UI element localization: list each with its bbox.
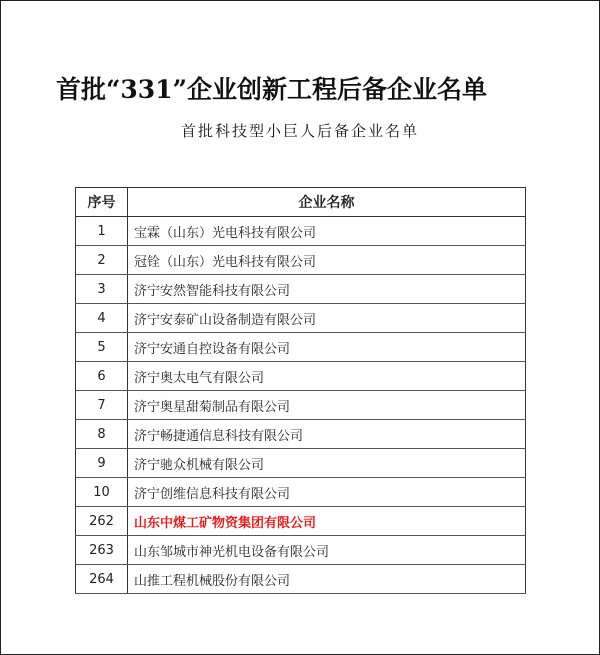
table-row: 1 宝霖（山东）光电科技有限公司: [76, 217, 526, 246]
row-number: 6: [76, 362, 128, 391]
page-title: 首批“331”企业创新工程后备企业名单: [0, 70, 600, 106]
row-enterprise-name: 山推工程机械股份有限公司: [128, 565, 526, 594]
row-number: 262: [76, 507, 128, 536]
row-enterprise-name: 山东邹城市神光机电设备有限公司: [128, 536, 526, 565]
table-row: 9 济宁驰众机械有限公司: [76, 449, 526, 478]
row-enterprise-name-highlighted: 山东中煤工矿物资集团有限公司: [128, 507, 526, 536]
row-number: 264: [76, 565, 128, 594]
table-row: 263 山东邹城市神光机电设备有限公司: [76, 536, 526, 565]
table-row: 10 济宁创维信息科技有限公司: [76, 478, 526, 507]
table-row: 6 济宁奥太电气有限公司: [76, 362, 526, 391]
row-enterprise-name: 济宁创维信息科技有限公司: [128, 478, 526, 507]
row-number: 7: [76, 391, 128, 420]
row-enterprise-name: 冠铨（山东）光电科技有限公司: [128, 246, 526, 275]
table-row: 8 济宁畅捷通信息科技有限公司: [76, 420, 526, 449]
row-enterprise-name: 济宁畅捷通信息科技有限公司: [128, 420, 526, 449]
row-number: 263: [76, 536, 128, 565]
row-number: 10: [76, 478, 128, 507]
enterprise-table: 序号 企业名称 1 宝霖（山东）光电科技有限公司 2 冠铨（山东）光电科技有限公…: [75, 187, 526, 594]
row-enterprise-name: 济宁安泰矿山设备制造有限公司: [128, 304, 526, 333]
row-enterprise-name: 济宁安通自控设备有限公司: [128, 333, 526, 362]
table-row-highlighted: 262 山东中煤工矿物资集团有限公司: [76, 507, 526, 536]
table-row: 2 冠铨（山东）光电科技有限公司: [76, 246, 526, 275]
header-serial-number: 序号: [76, 188, 128, 217]
table-row: 264 山推工程机械股份有限公司: [76, 565, 526, 594]
table-row: 5 济宁安通自控设备有限公司: [76, 333, 526, 362]
row-enterprise-name: 济宁奥太电气有限公司: [128, 362, 526, 391]
header-enterprise-name: 企业名称: [128, 188, 526, 217]
row-enterprise-name: 济宁安然智能科技有限公司: [128, 275, 526, 304]
row-number: 3: [76, 275, 128, 304]
row-number: 5: [76, 333, 128, 362]
row-number: 8: [76, 420, 128, 449]
row-enterprise-name: 济宁驰众机械有限公司: [128, 449, 526, 478]
table-header-row: 序号 企业名称: [76, 188, 526, 217]
row-enterprise-name: 宝霖（山东）光电科技有限公司: [128, 217, 526, 246]
page-subtitle: 首批科技型小巨人后备企业名单: [0, 120, 600, 141]
row-number: 4: [76, 304, 128, 333]
row-number: 9: [76, 449, 128, 478]
row-enterprise-name: 济宁奥星甜菊制品有限公司: [128, 391, 526, 420]
row-number: 2: [76, 246, 128, 275]
table-row: 4 济宁安泰矿山设备制造有限公司: [76, 304, 526, 333]
table-row: 7 济宁奥星甜菊制品有限公司: [76, 391, 526, 420]
row-number: 1: [76, 217, 128, 246]
table-row: 3 济宁安然智能科技有限公司: [76, 275, 526, 304]
